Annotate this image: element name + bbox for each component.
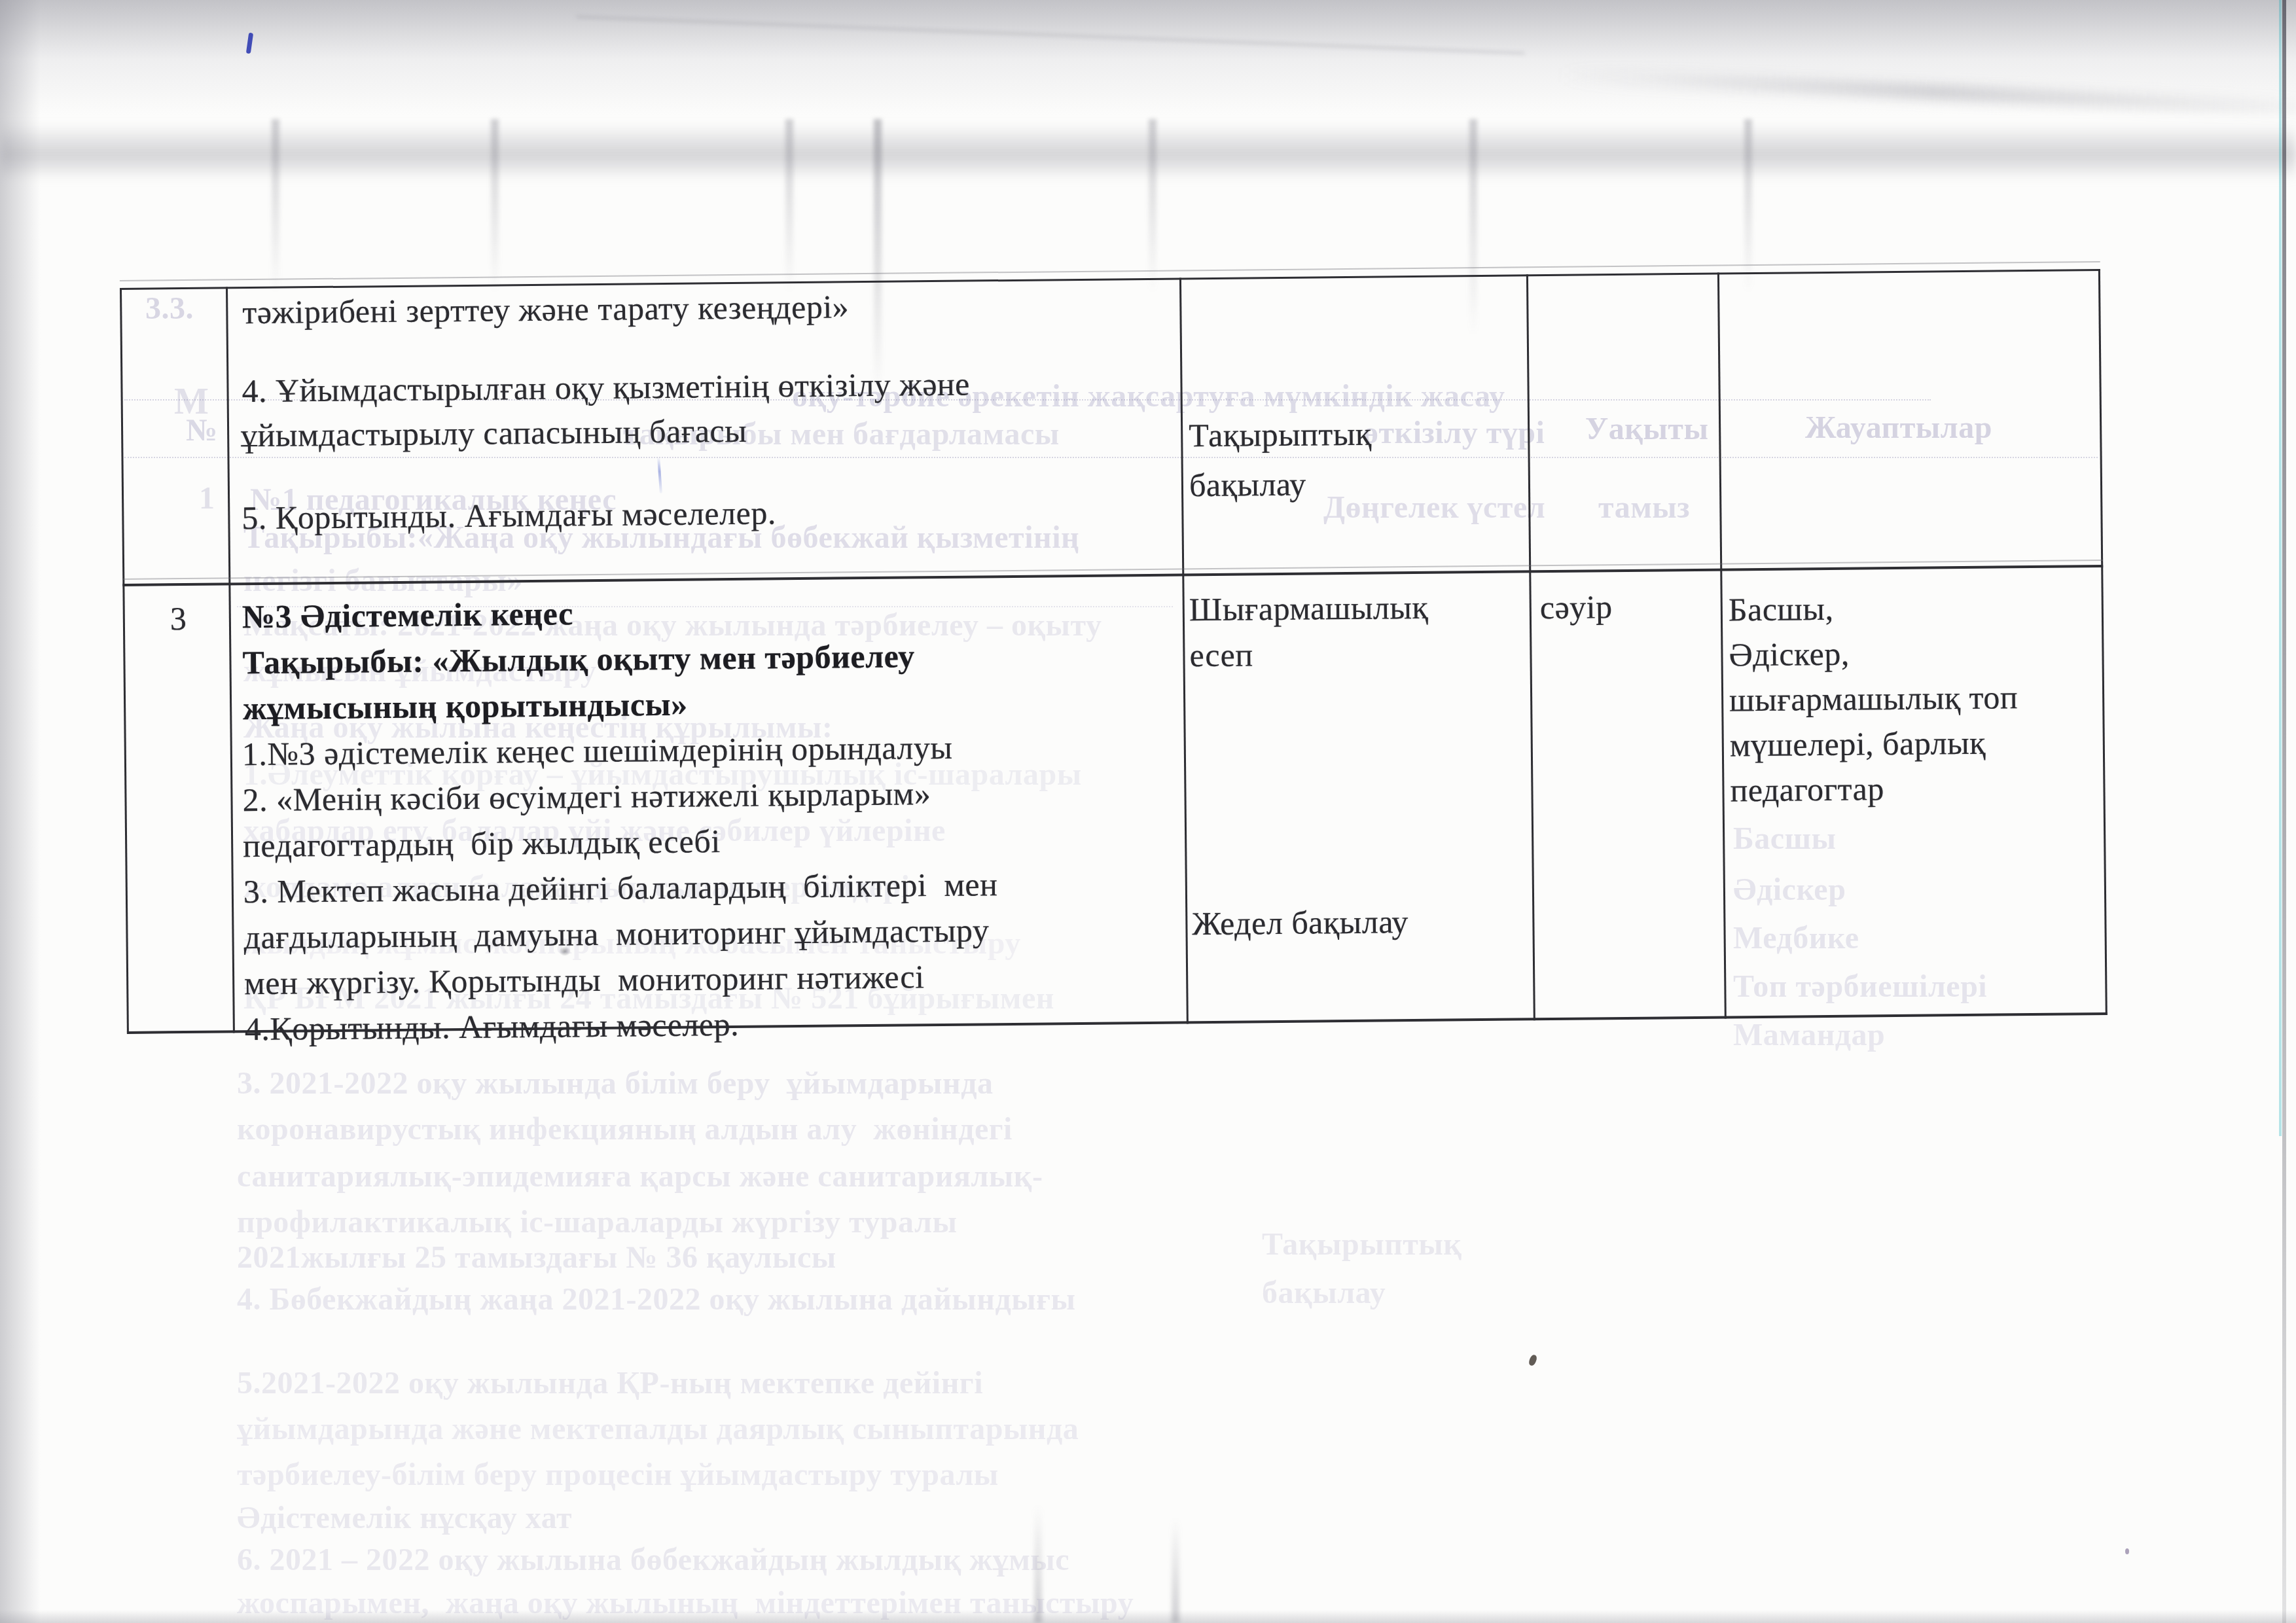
row-number: 3: [170, 599, 187, 637]
date-cell: сәуір: [1540, 588, 1613, 626]
bleedthrough-line: 5.2021-2022 оқу жылында ҚР-ның мектепке …: [237, 1365, 983, 1401]
cell-line: дағдыларының дамуына мониторинг ұйымдаст…: [243, 911, 989, 956]
column-line-control: [1526, 274, 1535, 1020]
bleedthrough-line: бақылау: [1262, 1275, 1386, 1311]
responsible-cell-line: Әдіскер,: [1729, 635, 1850, 674]
bleedthrough-line: Тақырыптық: [1262, 1226, 1462, 1262]
responsible-cell-line: шығармашылық топ: [1729, 678, 2018, 719]
cell-line: тәжірибені зерттеу және тарату кезеңдері…: [242, 287, 849, 331]
control-type-cell: бақылау: [1189, 465, 1306, 505]
column-line-content: [1179, 277, 1188, 1024]
column-line-date: [1717, 273, 1726, 1019]
bleedthrough-line: профилактикалық іс-шараларды жүргізу тур…: [237, 1204, 957, 1240]
cell-line: 3. Мектеп жасына дейінгі балалардың білі…: [243, 865, 998, 910]
responsible-cell-line: педагогтар: [1730, 770, 1884, 809]
bleedthrough-line: тәрбиелеу-білім беру процесін ұйымдастыр…: [237, 1457, 999, 1493]
cell-line: 2. «Менің кәсіби өсуімдегі нәтижелі қырл…: [242, 774, 931, 819]
cell-line: 4.Қорытынды. Ағымдағы мәселер.: [245, 1005, 740, 1048]
control-type-cell: Жедел бақылау: [1192, 902, 1408, 942]
cell-title-line: Тақырыбы: «Жылдық оқыту мен тәрбиелеу: [242, 637, 915, 681]
bleedthrough-line: 2021жылғы 25 тамыздағы № 36 қаулысы: [237, 1240, 836, 1275]
cell-line: 1.№3 әдістемелік кеңес шешімдерінің орын…: [242, 728, 953, 773]
bleedthrough-line: Мамандар: [1733, 1017, 1885, 1053]
cell-title-line: жұмысының қорытындысы»: [243, 685, 688, 728]
cell-line: 5. Қорытынды. Ағымдағы мәселелер.: [242, 493, 776, 537]
cell-line: мен жүргізу. Қорытынды мониторинг нәтиже…: [244, 957, 925, 1002]
bleedthrough-line: ұйымдарында және мектепалды даярлық сыны…: [237, 1411, 1079, 1447]
bleedthrough-line: Әдістемелік нұсқау хат: [237, 1500, 572, 1536]
bleedthrough-line: 3. 2021-2022 оқу жылында білім беру ұйым…: [237, 1065, 994, 1101]
responsible-cell-line: мүшелері, барлық: [1730, 724, 1986, 764]
responsible-cell-line: Басшы,: [1729, 590, 1834, 629]
cell-line: педагогтардың бір жылдық есебі: [243, 822, 721, 865]
bleedthrough-line: 6. 2021 – 2022 оқу жылына бөбекжайдың жы…: [237, 1542, 1069, 1578]
bleedthrough-line: жоспарымен, жаңа оқу жылының міндеттерім…: [237, 1585, 1134, 1621]
cell-line: 4. Ұйымдастырылған оқу қызметінің өткізі…: [242, 365, 970, 410]
scanned-document-page: 3.3. М оқу-тәрбие әрекетін жақсартуға мү…: [0, 0, 2296, 1623]
schedule-table: тәжірибені зерттеу және тарату кезеңдері…: [120, 269, 2108, 1034]
bleedthrough-line: коронавирустық инфекцияның алдын алу жөн…: [237, 1111, 1013, 1147]
column-line-num: [226, 287, 234, 1033]
bleedthrough-line: 4. Бөбекжайдың жаңа 2021-2022 оқу жылына…: [237, 1281, 1075, 1317]
control-type-cell: Шығармашылық: [1189, 588, 1429, 629]
bleedthrough-line: санитариялық-эпидемияға қарсы және санит…: [237, 1158, 1043, 1194]
cell-line: ұйымдастырылу сапасының бағасы: [241, 412, 747, 454]
control-type-cell: есеп: [1189, 635, 1253, 674]
control-type-cell: Тақырыптық: [1189, 415, 1372, 455]
cell-title-line: №3 Әдістемелік кеңес: [242, 594, 573, 635]
